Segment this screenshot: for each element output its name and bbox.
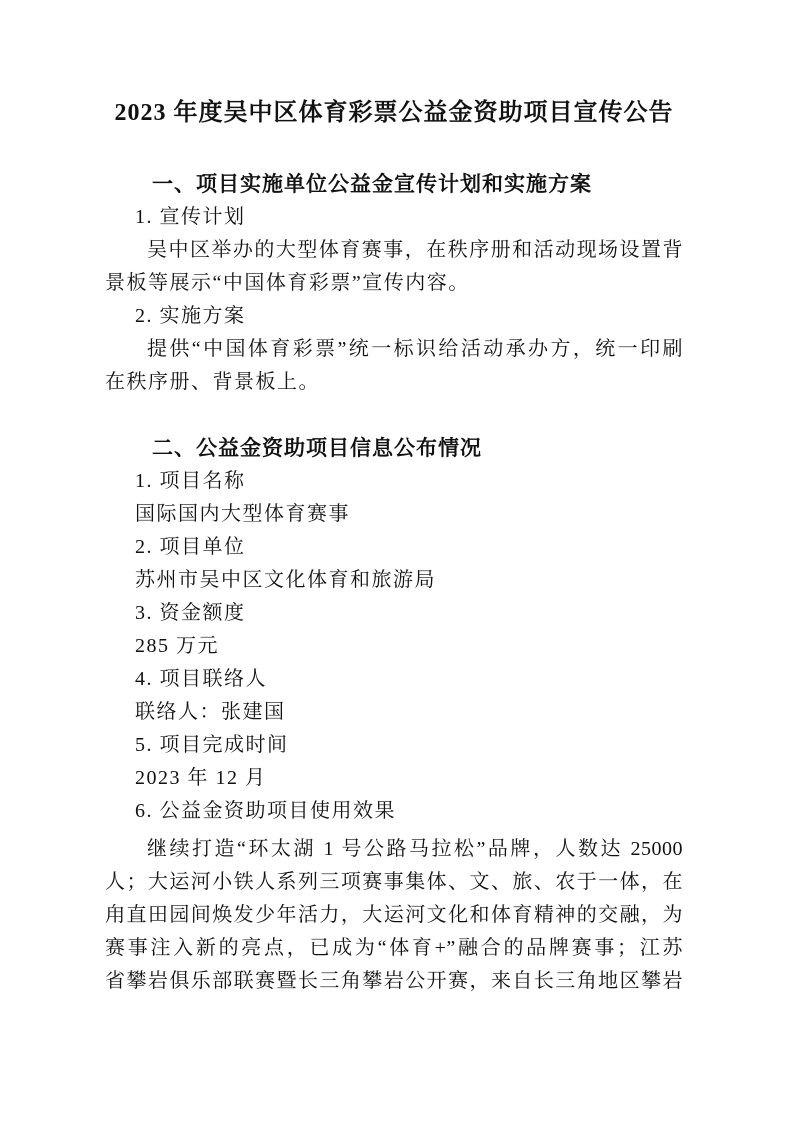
item-project-name-label: 1. 项目名称 bbox=[105, 465, 683, 498]
publicity-plan-paragraph: 吴中区举办的大型体育赛事，在秩序册和活动现场设置背 景板等展示“中国体育彩票”宣… bbox=[105, 234, 683, 300]
paragraph-line: 在秩序册、背景板上。 bbox=[105, 366, 683, 399]
item-project-unit-value: 苏州市吴中区文化体育和旅游局 bbox=[105, 564, 683, 597]
paragraph-line: 提供“中国体育彩票”统一标识给活动承办方，统一印刷 bbox=[105, 333, 683, 366]
paragraph-line: 甪直田园间焕发少年活力，大运河文化和体育精神的交融，为 bbox=[105, 899, 683, 932]
paragraph-line: 人；大运河小铁人系列三项赛事集体、文、旅、农于一体，在 bbox=[105, 866, 683, 899]
document-title: 2023 年度吴中区体育彩票公益金资助项目宣传公告 bbox=[105, 96, 683, 130]
paragraph-line: 景板等展示“中国体育彩票”宣传内容。 bbox=[105, 267, 683, 300]
item-usage-effect-label: 6. 公益金资助项目使用效果 bbox=[105, 795, 683, 828]
item-completion-time-value: 2023 年 12 月 bbox=[105, 762, 683, 795]
item-fund-amount-value: 285 万元 bbox=[105, 630, 683, 663]
paragraph-line: 继续打造“环太湖 1 号公路马拉松”品牌，人数达 25000 bbox=[105, 833, 683, 866]
item-project-name-value: 国际国内大型体育赛事 bbox=[105, 498, 683, 531]
item-fund-amount-label: 3. 资金额度 bbox=[105, 597, 683, 630]
section-1-heading: 一、项目实施单位公益金宣传计划和实施方案 bbox=[105, 168, 683, 201]
item-project-unit-label: 2. 项目单位 bbox=[105, 531, 683, 564]
paragraph-line: 赛事注入新的亮点，已成为“体育+”融合的品牌赛事；江苏 bbox=[105, 932, 683, 965]
document-page: 2023 年度吴中区体育彩票公益金资助项目宣传公告 一、项目实施单位公益金宣传计… bbox=[0, 0, 793, 1122]
item-contact-value: 联络人：张建国 bbox=[105, 696, 683, 729]
implementation-plan-paragraph: 提供“中国体育彩票”统一标识给活动承办方，统一印刷 在秩序册、背景板上。 bbox=[105, 333, 683, 399]
section-2-heading: 二、公益金资助项目信息公布情况 bbox=[105, 432, 683, 465]
section-1-item-publicity-plan-label: 1. 宣传计划 bbox=[105, 201, 683, 234]
section-1-item-implementation-plan-label: 2. 实施方案 bbox=[105, 300, 683, 333]
item-completion-time-label: 5. 项目完成时间 bbox=[105, 729, 683, 762]
paragraph-line: 省攀岩俱乐部联赛暨长三角攀岩公开赛，来自长三角地区攀岩 bbox=[105, 965, 683, 998]
paragraph-line: 吴中区举办的大型体育赛事，在秩序册和活动现场设置背 bbox=[105, 234, 683, 267]
item-contact-label: 4. 项目联络人 bbox=[105, 663, 683, 696]
usage-effect-paragraph: 继续打造“环太湖 1 号公路马拉松”品牌，人数达 25000 人；大运河小铁人系… bbox=[105, 833, 683, 998]
